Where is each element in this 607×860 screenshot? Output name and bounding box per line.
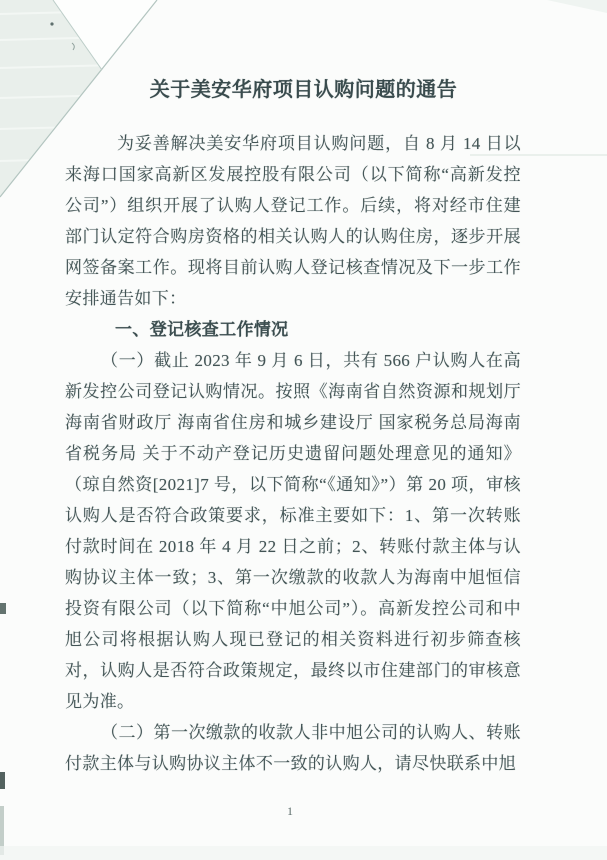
document-title: 关于美安华府项目认购问题的通告: [0, 77, 607, 103]
folded-corner: [53, 0, 157, 70]
paragraph-item-2: （二）第一次缴款的收款人非中旭公司的认购人、转账付款主体与认购协议主体不一致的认…: [65, 717, 521, 779]
document-body: 为妥善解决美安华府项目认购问题，自 8 月 14 日以来海口国家高新区发展控股有…: [65, 128, 521, 779]
bottom-shade: [0, 846, 607, 860]
page-number: 1: [0, 803, 580, 819]
fold-line-short: [53, 0, 102, 70]
section-heading: 一、登记核查工作情况: [65, 314, 521, 345]
speck-curl: [72, 43, 74, 50]
edge-mark-1: [0, 603, 6, 614]
paragraph-item-1: （一）截止 2023 年 9 月 6 日，共有 566 户认购人在高新发控公司登…: [65, 345, 521, 717]
paragraph-intro: 为妥善解决美安华府项目认购问题，自 8 月 14 日以来海口国家高新区发展控股有…: [65, 128, 521, 314]
scanned-document-page: 关于美安华府项目认购问题的通告 为妥善解决美安华府项目认购问题，自 8 月 14…: [0, 0, 607, 860]
speck-dot: [50, 22, 53, 25]
top-right-shade: [547, 0, 607, 13]
edge-mark-2: [0, 772, 5, 789]
